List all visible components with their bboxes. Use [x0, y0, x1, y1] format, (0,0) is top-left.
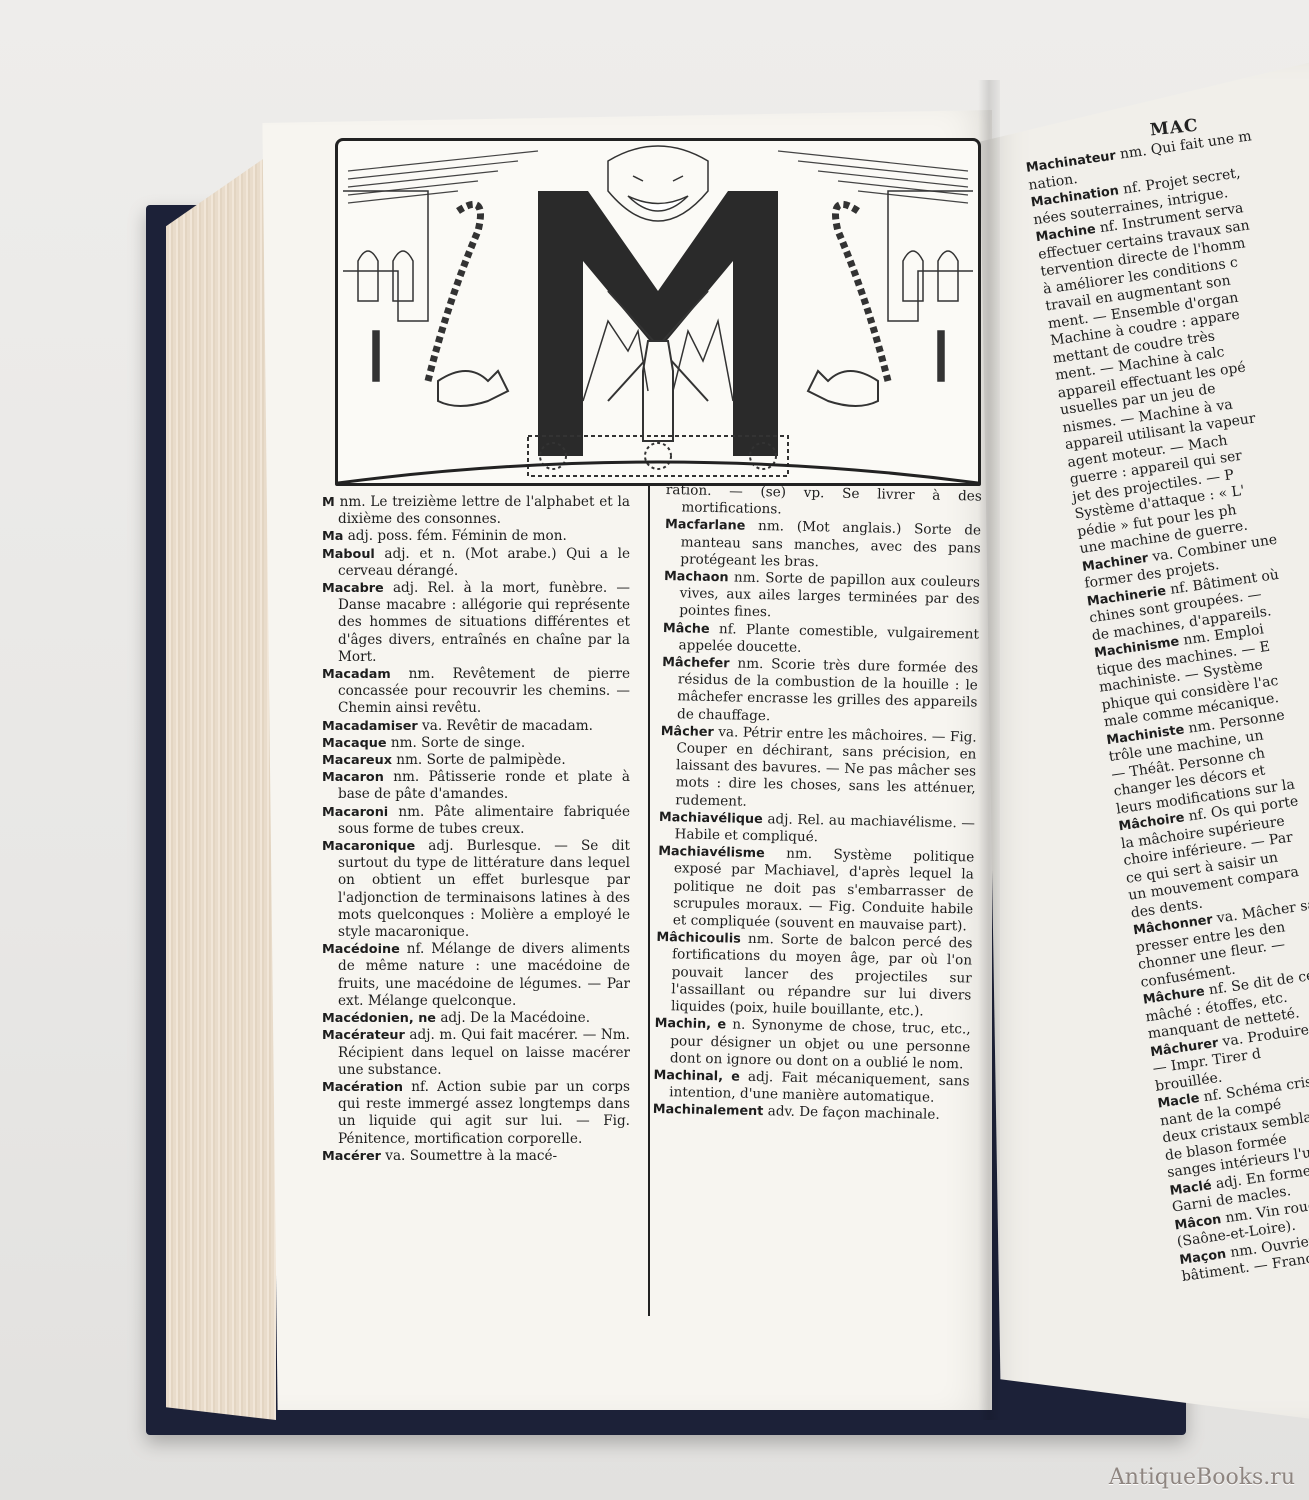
entry-macaron: Macaron nm. Pâtisserie ronde et plate à …	[322, 769, 630, 803]
entry-macadamiser: Macadamiser va. Revêtir de macadam.	[322, 718, 630, 735]
entry-machaon: Machaon nm. Sorte de papillon aux couleu…	[663, 568, 980, 626]
entry-macaroni: Macaroni nm. Pâte alimentaire fabriquée …	[322, 804, 630, 838]
entry-machiavelisme: Machiavélisme nm. Système politique expo…	[657, 843, 975, 936]
entry-ma: Ma adj. poss. fém. Féminin de mon.	[322, 528, 630, 545]
entry-maceration: Macération nf. Action subie par un corps…	[322, 1079, 630, 1148]
entry-macedonien: Macédonien, ne adj. De la Macédoine.	[322, 1010, 630, 1027]
dictionary-column-2: ration. — (se) vp. Se livrer à des morti…	[653, 482, 982, 1125]
entry-machefer: Mâchefer nm. Scorie très dure formée des…	[661, 654, 978, 729]
column-divider	[648, 486, 650, 1316]
letter-m-illustration	[335, 138, 981, 486]
dictionary-column-1: M nm. Le treizième lettre de l'alphabet …	[322, 494, 630, 1165]
entry-macareux: Macareux nm. Sorte de palmipède.	[322, 752, 630, 769]
watermark: AntiqueBooks.ru	[1109, 1465, 1295, 1490]
entry-macaronique: Macaronique adj. Burlesque. — Se dit sur…	[322, 838, 630, 941]
entry-maboul: Maboul adj. et n. (Mot arabe.) Qui a le …	[322, 546, 630, 580]
book-gutter	[978, 80, 1000, 1420]
entry-macerer: Macérer va. Soumettre à la macé-	[322, 1148, 630, 1165]
entry-macerateur: Macérateur adj. m. Qui fait macérer. — N…	[322, 1027, 630, 1079]
entry-macher: Mâcher va. Pétrir entre les mâchoires. —…	[659, 723, 977, 816]
entry-m: M nm. Le treizième lettre de l'alphabet …	[322, 494, 630, 528]
page-edges	[166, 150, 276, 1420]
entry-macabre: Macabre adj. Rel. à la mort, funèbre. — …	[322, 580, 630, 666]
entry-macedoine: Macédoine nf. Mélange de divers aliments…	[322, 941, 630, 1010]
entry-machicoulis: Mâchicoulis nm. Sorte de balcon percé de…	[655, 929, 973, 1022]
entry-macaque: Macaque nm. Sorte de singe.	[322, 735, 630, 752]
entry-machin: Machin, e n. Synonyme de chose, truc, et…	[654, 1015, 971, 1073]
entry-macfarlane: Macfarlane nm. (Mot anglais.) Sorte de m…	[664, 516, 981, 574]
entry-macadam: Macadam nm. Revêtement de pierre concass…	[322, 666, 630, 718]
